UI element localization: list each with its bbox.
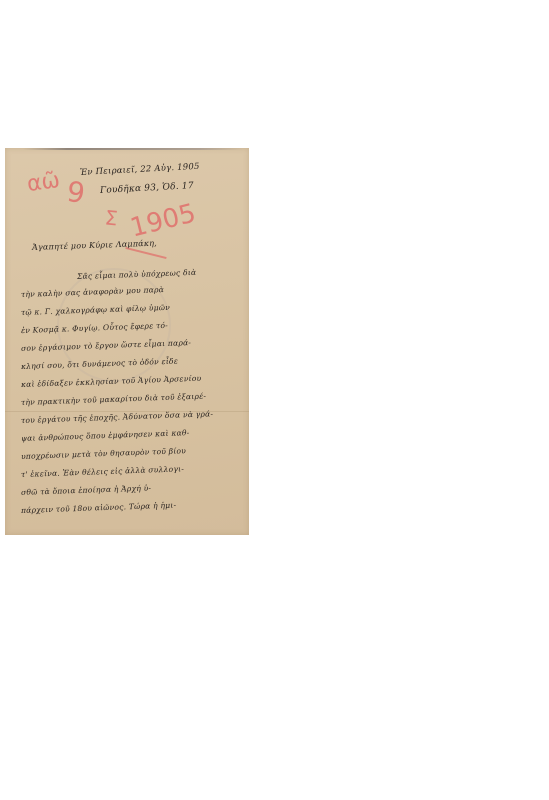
red-annotation: αῶ xyxy=(25,168,61,197)
body-line: υποχρέωσιν μετὰ τὸν θησαυρὸν τοῦ βίου xyxy=(21,446,186,461)
body-line: τ' ἐκεῖνα. Ἐὰν θέλεις εἰς ἀλλὰ συλλογι- xyxy=(21,464,184,479)
red-annotation-year: 1905 xyxy=(127,198,198,243)
body-line: ψαι ἀνθρώπους ὅπου ἐμφάνησεν καὶ καθ- xyxy=(21,428,190,443)
red-annotation-stroke xyxy=(125,247,166,259)
red-annotation: 9 xyxy=(65,175,87,210)
page-top-edge xyxy=(23,148,243,150)
body-line: καὶ ἐδίδαξεν ἐκκλησίαν τοῦ Ἁγίου Ἀρσενίο… xyxy=(21,374,202,389)
letter-address: Γουδῆκα 93, Ὁδ. 17 xyxy=(100,181,194,196)
body-line: τὴν πρακτικὴν τοῦ μακαρίτου διὰ τοῦ ἐξαι… xyxy=(21,392,206,407)
letter-dateline: Ἐν Πειραιεῖ, 22 Αὐγ. 1905 xyxy=(80,162,200,178)
body-line: σθῶ τὰ ὅποια ἐποίησα ἡ Ἀρχή ὑ- xyxy=(21,483,152,497)
letter-page: αῶ 9 Σ 1905 Ἐν Πειραιεῖ, 22 Αὐγ. 1905 Γο… xyxy=(5,148,249,535)
body-line: πάρχειν τοῦ 18ου αἰῶνος. Τώρα ἡ ἡμι- xyxy=(21,501,177,515)
red-annotation: Σ xyxy=(104,205,119,230)
